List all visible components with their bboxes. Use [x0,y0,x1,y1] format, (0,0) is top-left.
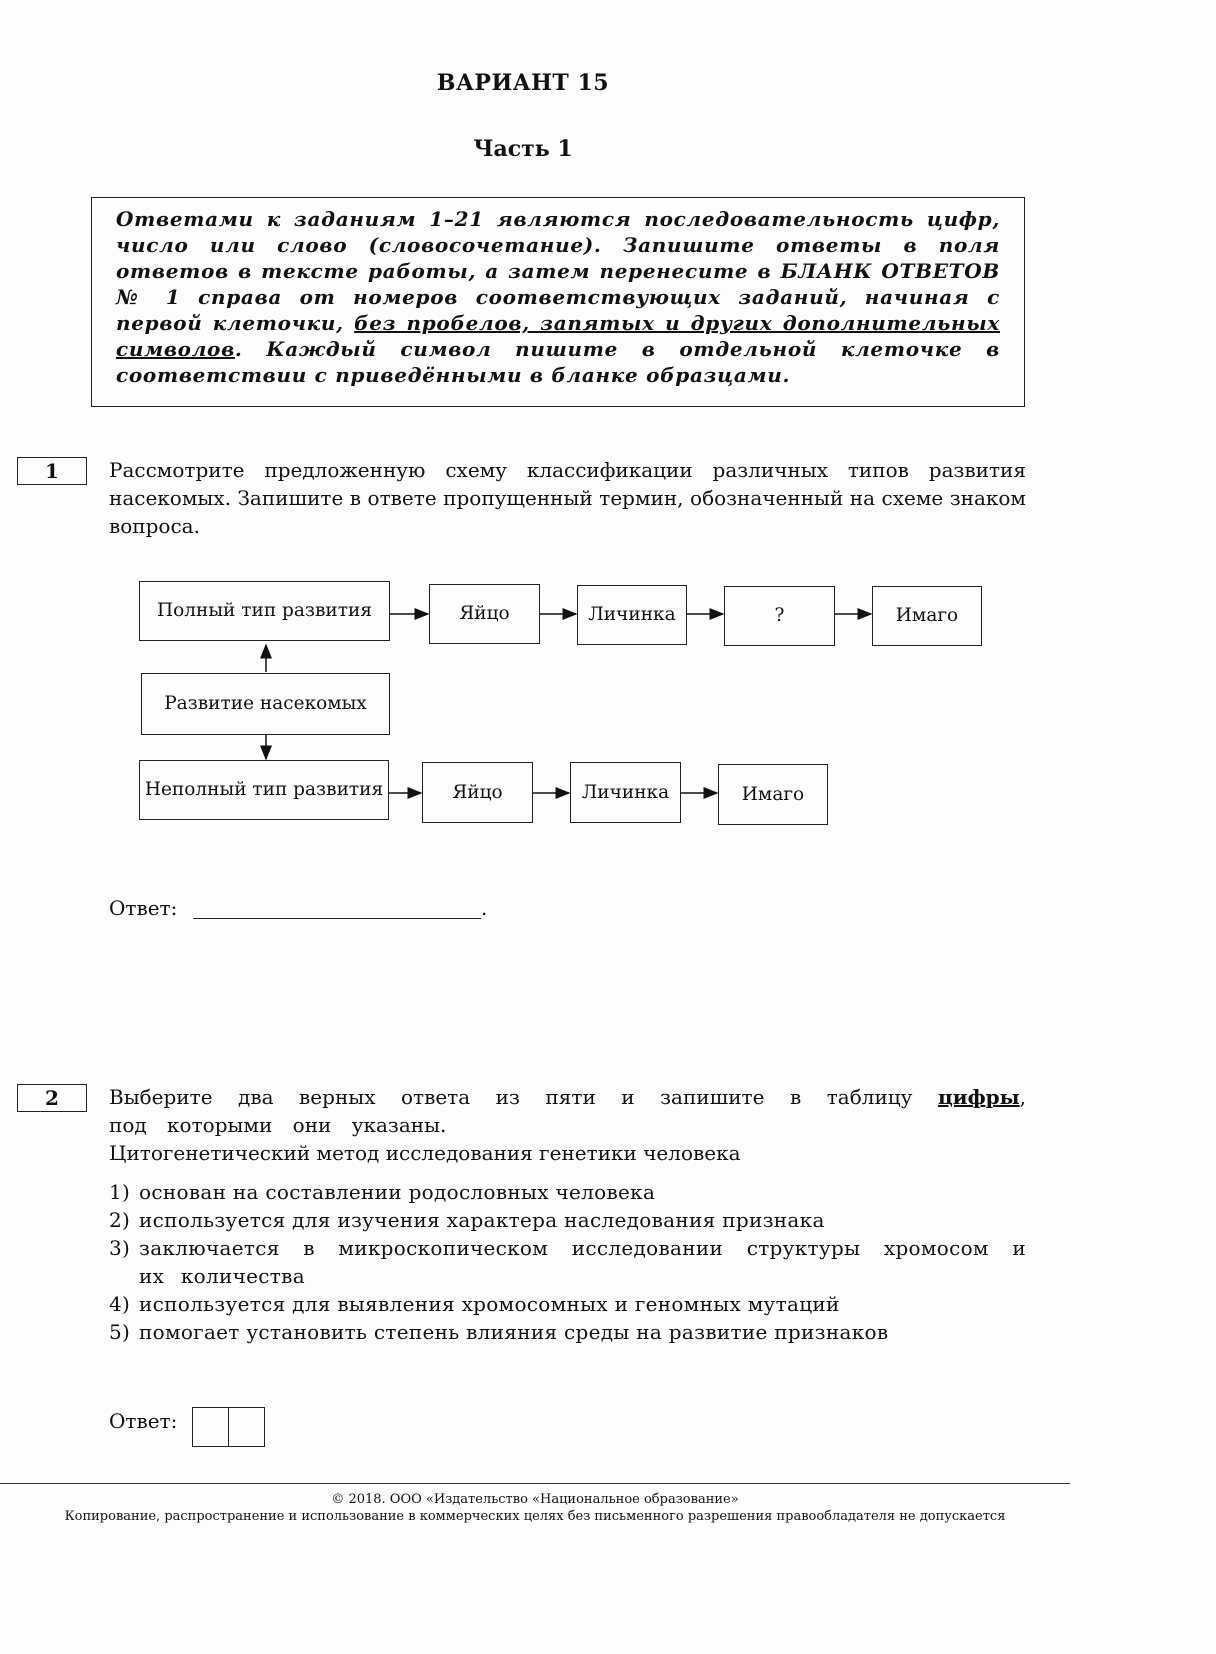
task-2-option: 1)основан на составлении родословных чел… [109,1178,1026,1206]
development-diagram: Полный тип развития Яйцо Личинка ? Имаго… [0,0,1216,900]
task-2-option: 2)используется для изучения характера на… [109,1206,1026,1234]
incomplete-stage-imago: Имаго [718,764,828,825]
insect-development-root-box: Развитие насекомых [141,673,390,735]
footer-divider [0,1483,1070,1484]
incomplete-stage-larva: Личинка [570,762,681,823]
task-1-answer-period: . [481,896,487,920]
complete-stage-larva: Личинка [577,585,687,645]
task-2-number: 2 [17,1084,87,1112]
task-1-answer-label: Ответ: [109,896,177,920]
task-2-answer-cell-2[interactable] [228,1407,265,1447]
task-2-stem: Цитогенетический метод исследования гене… [109,1139,1026,1167]
incomplete-stage-egg: Яйцо [422,762,533,823]
task-2-option: 4)используется для выявления хромосомных… [109,1290,1026,1318]
complete-stage-egg: Яйцо [429,584,540,644]
footer-copyright: © 2018. ООО «Издательство «Национальное … [0,1492,1070,1508]
task-2-option: 3)заключается в микроскопическом исследо… [109,1234,1026,1290]
incomplete-development-box: Неполный тип развития [139,760,389,820]
task-2-text: Выберите два верных ответа из пяти и зап… [109,1083,1026,1167]
task-2-option: 5)помогает установить степень влияния ср… [109,1318,1026,1346]
task-1-answer-field[interactable] [193,918,481,919]
task-2-options: 1)основан на составлении родословных чел… [109,1178,1026,1346]
task-2-answer-label: Ответ: [109,1409,177,1433]
complete-development-box: Полный тип развития [139,581,390,641]
complete-stage-unknown: ? [724,586,835,646]
footer-notice: Копирование, распространение и использов… [0,1509,1070,1525]
task-2-answer-cell-1[interactable] [192,1407,229,1447]
complete-stage-imago: Имаго [872,586,982,646]
task-2-bold-word: цифры [938,1085,1020,1109]
